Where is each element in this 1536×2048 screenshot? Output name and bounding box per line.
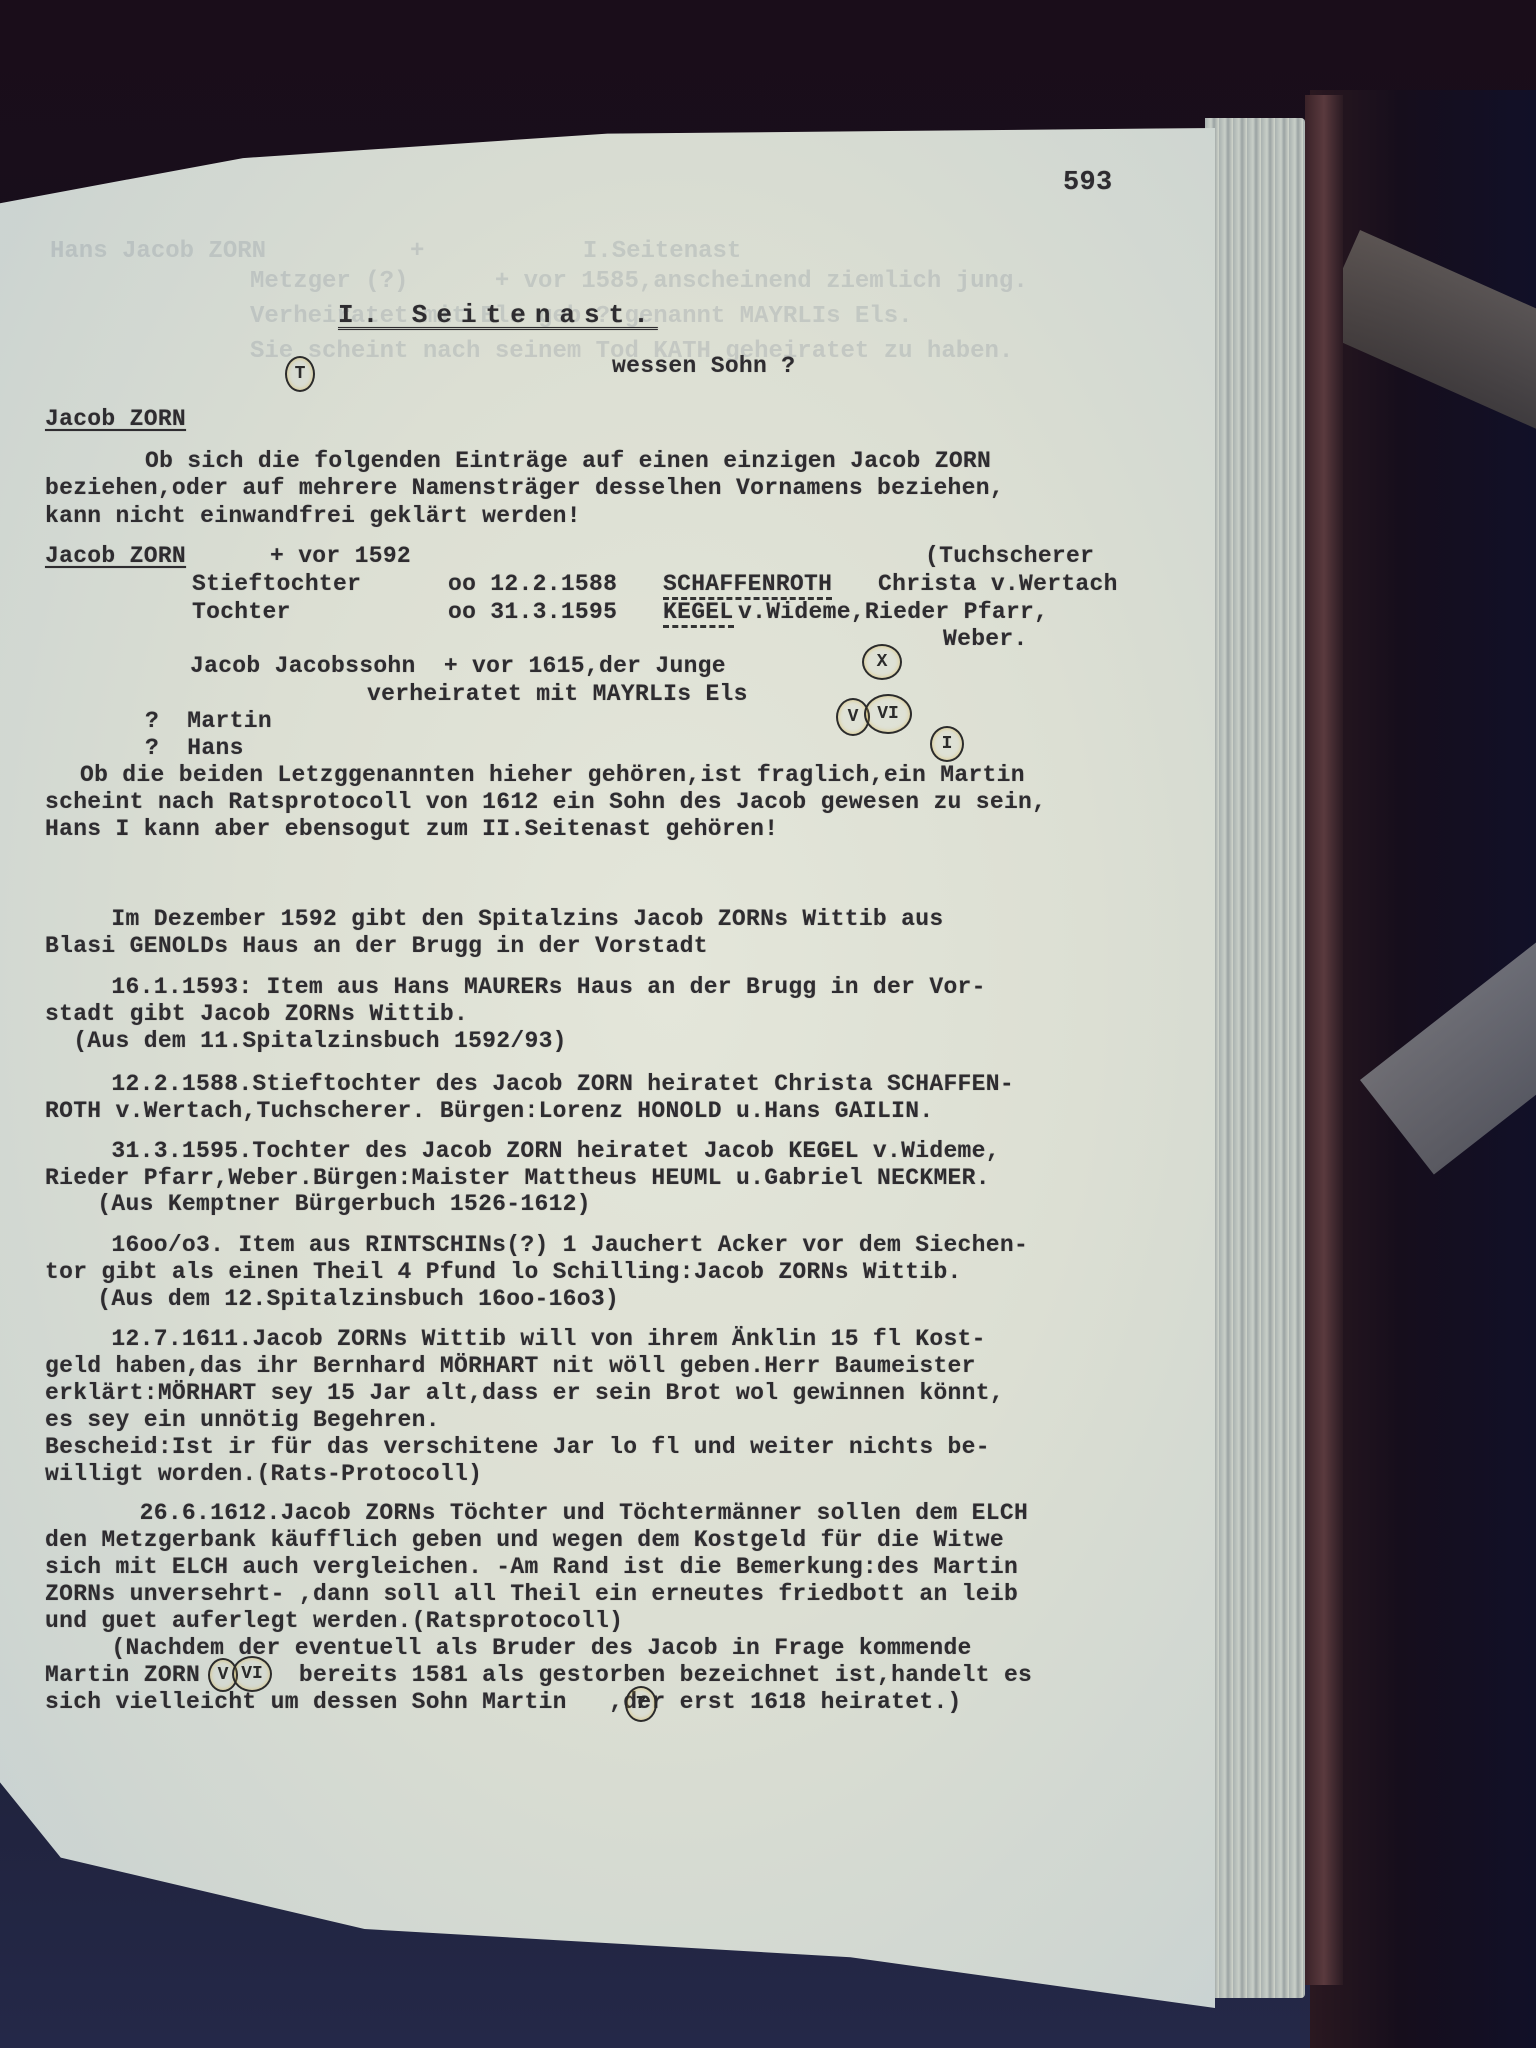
circled-marker-x: X bbox=[862, 644, 902, 680]
person-heading: Jacob ZORN bbox=[45, 406, 186, 432]
record-line: (Nachdem der eventuell als Bruder des Ja… bbox=[55, 1635, 972, 1661]
entry-spouse-rest: Christa v.Wertach bbox=[878, 571, 1118, 597]
circled-marker-t: T bbox=[285, 356, 315, 392]
entry-name: Jacob ZORN bbox=[45, 543, 186, 569]
record-line: erklärt:MÖRHART sey 15 Jar alt,dass er s… bbox=[45, 1380, 1004, 1406]
record-line: ZORNs unversehrt- ,dann soll all Theil e… bbox=[45, 1581, 1018, 1607]
record-line: stadt gibt Jacob ZORNs Wittib. bbox=[45, 1001, 468, 1027]
record-line: den Metzgerbank käufflich geben und wege… bbox=[45, 1527, 1004, 1553]
page-number: 593 bbox=[1063, 168, 1113, 198]
record-line: willigt worden.(Rats-Protocoll) bbox=[45, 1461, 482, 1487]
record-line: Im Dezember 1592 gibt den Spitalzins Jac… bbox=[55, 906, 943, 932]
circled-marker-vi: VI bbox=[864, 694, 912, 734]
record-line: sich vielleicht um dessen Sohn Martin ,d… bbox=[45, 1689, 962, 1715]
intro-line: Ob sich die folgenden Einträge auf einen… bbox=[145, 448, 991, 474]
questionable-son: ? Hans bbox=[145, 735, 244, 761]
circled-marker-vi: VI bbox=[232, 1656, 272, 1692]
entry-occupation: (Tuchscherer bbox=[925, 543, 1094, 569]
intro-line: kann nicht einwandfrei geklärt werden! bbox=[45, 503, 581, 529]
record-line: geld haben,das ihr Bernhard MÖRHART nit … bbox=[45, 1353, 976, 1379]
record-line: Martin ZORN bereits 1581 als gestorben b… bbox=[45, 1662, 1032, 1688]
record-line: Bescheid:Ist ir für das verschitene Jar … bbox=[45, 1434, 990, 1460]
entry-death: + vor 1592 bbox=[270, 543, 411, 569]
entry-marriage: oo 31.3.1595 bbox=[448, 599, 617, 625]
record-line: ROTH v.Wertach,Tuchscherer. Bürgen:Loren… bbox=[45, 1098, 933, 1124]
record-line: sich mit ELCH auch vergleichen. -Am Rand… bbox=[45, 1554, 1018, 1580]
entry-relation: Stieftochter bbox=[192, 571, 361, 597]
section-heading-text: I. Seitenast. bbox=[338, 300, 658, 330]
record-line: 31.3.1595.Tochter des Jacob ZORN heirate… bbox=[55, 1138, 1000, 1164]
entry-name-text: Jacob ZORN bbox=[45, 543, 186, 569]
bleed-through-text: Metzger (?) + vor 1585,anscheinend zieml… bbox=[250, 268, 1028, 295]
record-line: (Aus dem 11.Spitalzinsbuch 1592/93) bbox=[45, 1028, 567, 1054]
son-line: Jacob Jacobssohn + vor 1615,der Junge bbox=[190, 653, 726, 679]
record-line: Blasi GENOLDs Haus an der Brugg in der V… bbox=[45, 933, 708, 959]
section-heading: I. Seitenast. bbox=[338, 300, 658, 330]
record-line: Rieder Pfarr,Weber.Bürgen:Maister Matthe… bbox=[45, 1165, 990, 1191]
page-stack-edge bbox=[1205, 118, 1305, 1998]
entry-spouse-surname: KEGEL bbox=[663, 599, 734, 628]
record-line: (Aus dem 12.Spitalzinsbuch 16oo-16o3) bbox=[55, 1286, 619, 1312]
note-line: scheint nach Ratsprotocoll von 1612 ein … bbox=[45, 789, 1046, 815]
note-line: Hans I kann aber ebensogut zum II.Seiten… bbox=[45, 816, 778, 842]
book-page: Hans Jacob ZORN + I.Seitenast Metzger (?… bbox=[0, 128, 1215, 2008]
person-heading-text: Jacob ZORN bbox=[45, 406, 186, 432]
record-line: tor gibt als einen Theil 4 Pfund lo Schi… bbox=[45, 1259, 962, 1285]
entry-spouse-surname: SCHAFFENROTH bbox=[663, 571, 832, 600]
son-line: verheiratet mit MAYRLIs Els bbox=[367, 681, 748, 707]
intro-line: beziehen,oder auf mehrere Namensträger d… bbox=[45, 475, 1004, 501]
bleed-through-text: Hans Jacob ZORN + I.Seitenast bbox=[50, 238, 741, 265]
entry-relation: Tochter bbox=[192, 599, 291, 625]
circled-marker-7: 7 bbox=[625, 1686, 657, 1722]
subtitle: wessen Sohn ? bbox=[612, 353, 795, 379]
note-line: Ob die beiden Letzggenannten hieher gehö… bbox=[80, 762, 1025, 788]
entry-spouse-rest: v.Wideme,Rieder Pfarr, bbox=[738, 599, 1048, 625]
record-line: 12.2.1588.Stieftochter des Jacob ZORN he… bbox=[55, 1071, 1014, 1097]
record-line: 16oo/o3. Item aus RINTSCHINs(?) 1 Jauche… bbox=[55, 1232, 1028, 1258]
entry-spouse: SCHAFFENROTH bbox=[663, 571, 832, 597]
circled-marker-i: I bbox=[930, 726, 964, 762]
book-cover-edge bbox=[1305, 95, 1343, 1985]
record-line: 12.7.1611.Jacob ZORNs Wittib will von ih… bbox=[55, 1326, 986, 1352]
entry-marriage: oo 12.2.1588 bbox=[448, 571, 617, 597]
questionable-son: ? Martin bbox=[145, 708, 272, 734]
entry-weber: Weber. bbox=[943, 626, 1028, 652]
record-line: 16.1.1593: Item aus Hans MAURERs Haus an… bbox=[55, 974, 986, 1000]
record-line: 26.6.1612.Jacob ZORNs Töchter und Töchte… bbox=[55, 1500, 1028, 1526]
record-line: und guet auferlegt werden.(Ratsprotocoll… bbox=[45, 1608, 623, 1634]
record-line: (Aus Kemptner Bürgerbuch 1526-1612) bbox=[55, 1191, 591, 1217]
entry-spouse: KEGEL bbox=[663, 599, 734, 625]
record-line: es sey ein unnötig Begehren. bbox=[45, 1407, 440, 1433]
